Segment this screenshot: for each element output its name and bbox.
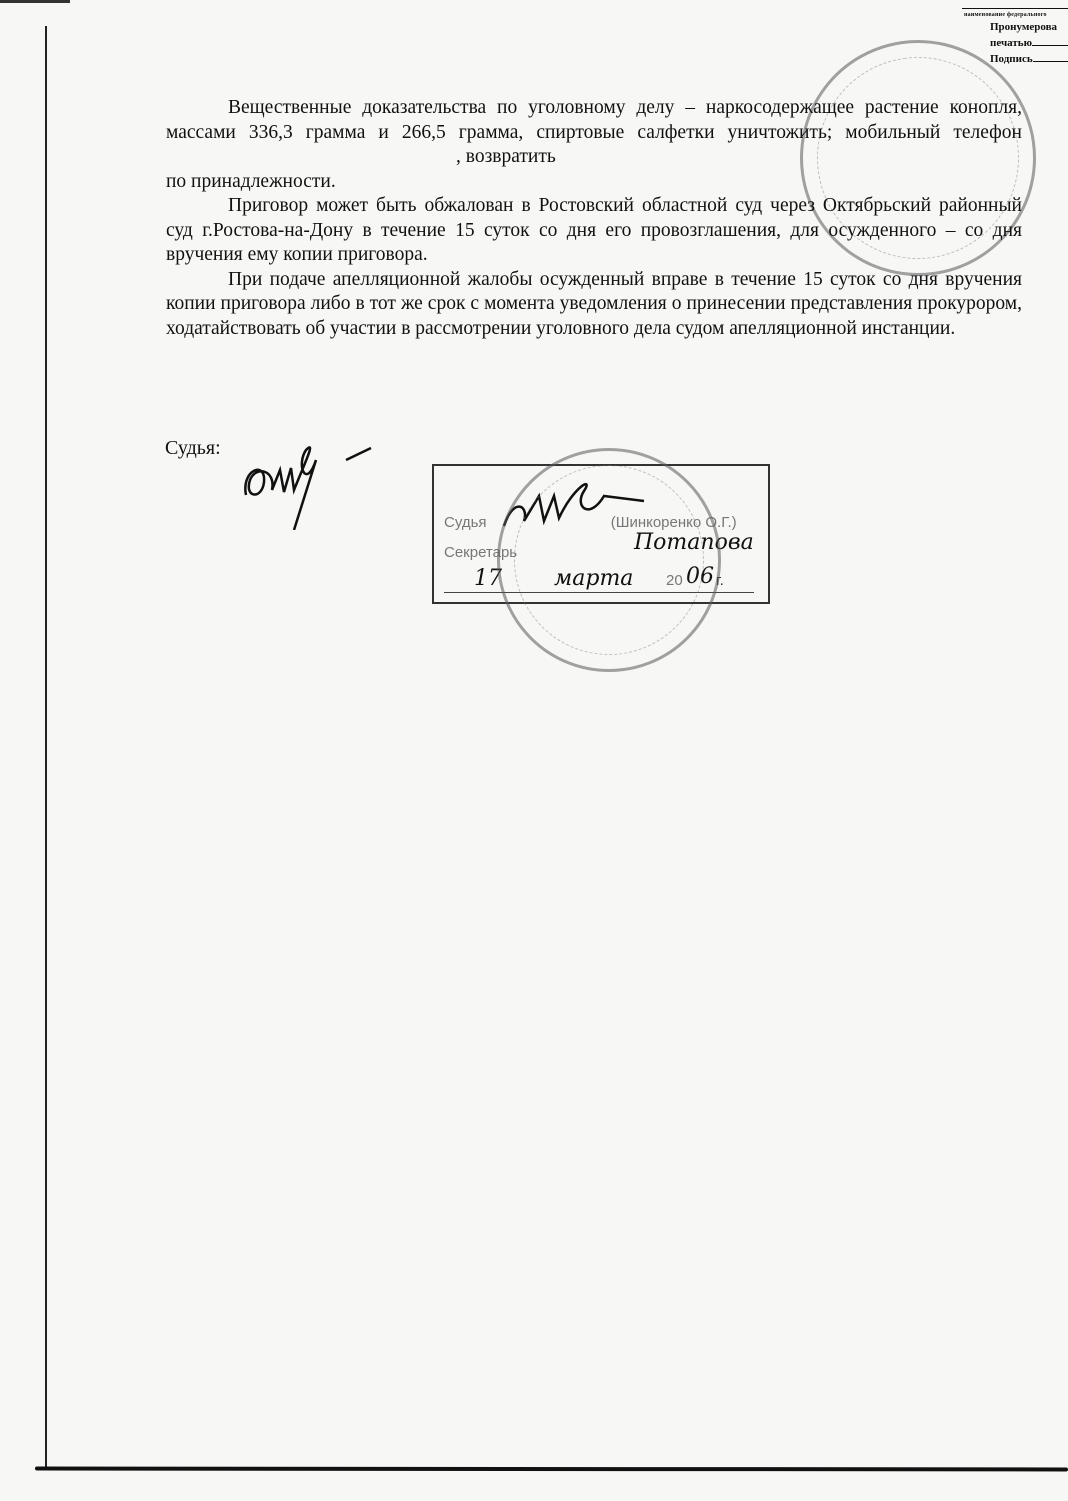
stamp-signature-line: Подпись <box>990 51 1068 67</box>
court-seal-icon <box>497 448 721 672</box>
paragraph-appeal: Приговор может быть обжалован в Ростовск… <box>166 194 1022 268</box>
paragraph-evidence: Вещественные доказательства по уголовном… <box>166 96 1022 194</box>
scan-edge <box>0 0 70 3</box>
judge-label: Судья: <box>165 437 221 460</box>
stamp-numbered: Пронумерова <box>990 19 1068 35</box>
document-body: Вещественные доказательства по уголовном… <box>166 96 1022 341</box>
page-margin-line <box>45 26 47 1470</box>
judge-signature-icon <box>236 420 376 530</box>
stamp-seal-line: печатью <box>990 35 1068 51</box>
paragraph-appeal-rights: При подаче апелляционной жалобы осужденн… <box>166 268 1022 342</box>
stamp-header: наименование федерального <box>964 11 1068 19</box>
page-bottom-line <box>35 1467 1068 1472</box>
